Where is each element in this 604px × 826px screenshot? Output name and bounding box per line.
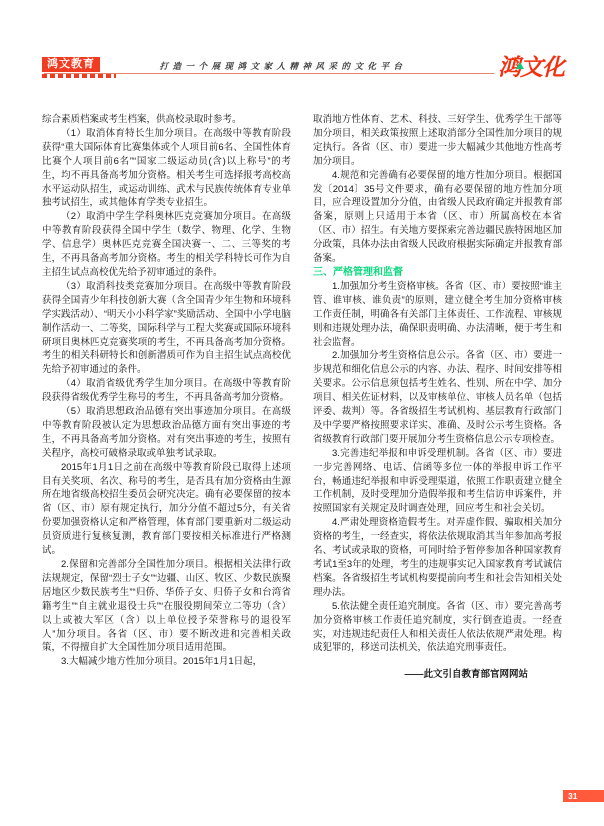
page-number: 31 <box>568 791 577 801</box>
article-body: 综合素质档案或考生档案，供高校录取时参考。（1）取消体育特长生加分项目。在高级中… <box>42 113 562 682</box>
paragraph: 3.大幅减少地方性加分项目。2015年1月1日起， <box>42 655 291 669</box>
paragraph: 综合素质档案或考生档案，供高校录取时参考。 <box>42 113 291 127</box>
paragraph: 1.加强加分考生资格审核。各省（区、市）要按照“谁主管、谁审核、谁负责”的原则，… <box>313 280 562 350</box>
header-rule <box>44 73 562 74</box>
paragraph: （1）取消体育特长生加分项目。在高级中等教育阶段获得“重大国际体育比赛集体或个人… <box>42 127 291 210</box>
paragraph: 2.加强加分考生资格信息公示。各省（区、市）要进一步规范和细化信息公示的内容、办… <box>313 349 562 446</box>
paragraph: （2）取消中学生学科奥林匹克竞赛加分项目。在高级中等教育阶段获得全国中学生（数学… <box>42 210 291 280</box>
paragraph: （4）取消省级优秀学生加分项目。在高级中等教育阶段获得省级优秀学生称号的考生，不… <box>42 377 291 405</box>
paragraph: 4.严肃处理资格造假考生。对弄虚作假、骗取相关加分资格的考生，一经查实，将依法依… <box>313 516 562 599</box>
header-tagline: 打造一个展现鸿文家人精神风采的文化平台 <box>102 60 464 72</box>
section-heading: 三、严格管理和监督 <box>313 266 562 280</box>
attribution-line: ——此文引自教育部官网网站 <box>313 668 562 682</box>
paragraph: 3.完善违纪举报和申诉受理机制。各省（区、市）要进一步完善网络、电话、信函等多位… <box>313 447 562 517</box>
page-header: 鸿文教育 打造一个展现鸿文家人精神风采的文化平台 鸿文化 <box>42 54 564 80</box>
paragraph: 5.依法健全责任追究制度。各省（区、市）要完善高考加分资格审核工作责任追究制度，… <box>313 600 562 656</box>
paragraph: 4.规范和完善确有必要保留的地方性加分项目。根据国发〔2014〕35号文件要求，… <box>313 169 562 266</box>
paragraph: 2.保留和完善部分全国性加分项目。根据相关法律行政法规规定，保留“烈士子女”“边… <box>42 558 291 655</box>
paragraph: （3）取消科技类竞赛加分项目。在高级中等教育阶段获得全国青少年科技创新大赛（含全… <box>42 280 291 377</box>
paragraph: （5）取消思想政治品德有突出事迹加分项目。在高级中等教育阶段被认定为思想政治品德… <box>42 405 291 461</box>
logo-hongwenhua: 鸿文化 <box>494 49 564 82</box>
logo-hongwenhua-part2: 文化 <box>520 54 564 80</box>
logo-hongwen-education-text: 鸿文教育 <box>42 57 100 72</box>
left-column: 综合素质档案或考生档案，供高校录取时参考。（1）取消体育特长生加分项目。在高级中… <box>42 113 291 682</box>
paragraph: 取消地方性体育、艺术、科技、三好学生、优秀学生干部等加分项目，相关政策按照上述取… <box>313 113 562 169</box>
page-number-badge: 31 <box>563 790 604 802</box>
logo-dash-strip <box>42 74 116 78</box>
paragraph: 2015年1月1日之前在高级中等教育阶段已取得上述项目有关奖项、名次、称号的考生… <box>42 461 291 558</box>
right-column: 取消地方性体育、艺术、科技、三好学生、优秀学生干部等加分项目，相关政策按照上述取… <box>313 113 562 682</box>
